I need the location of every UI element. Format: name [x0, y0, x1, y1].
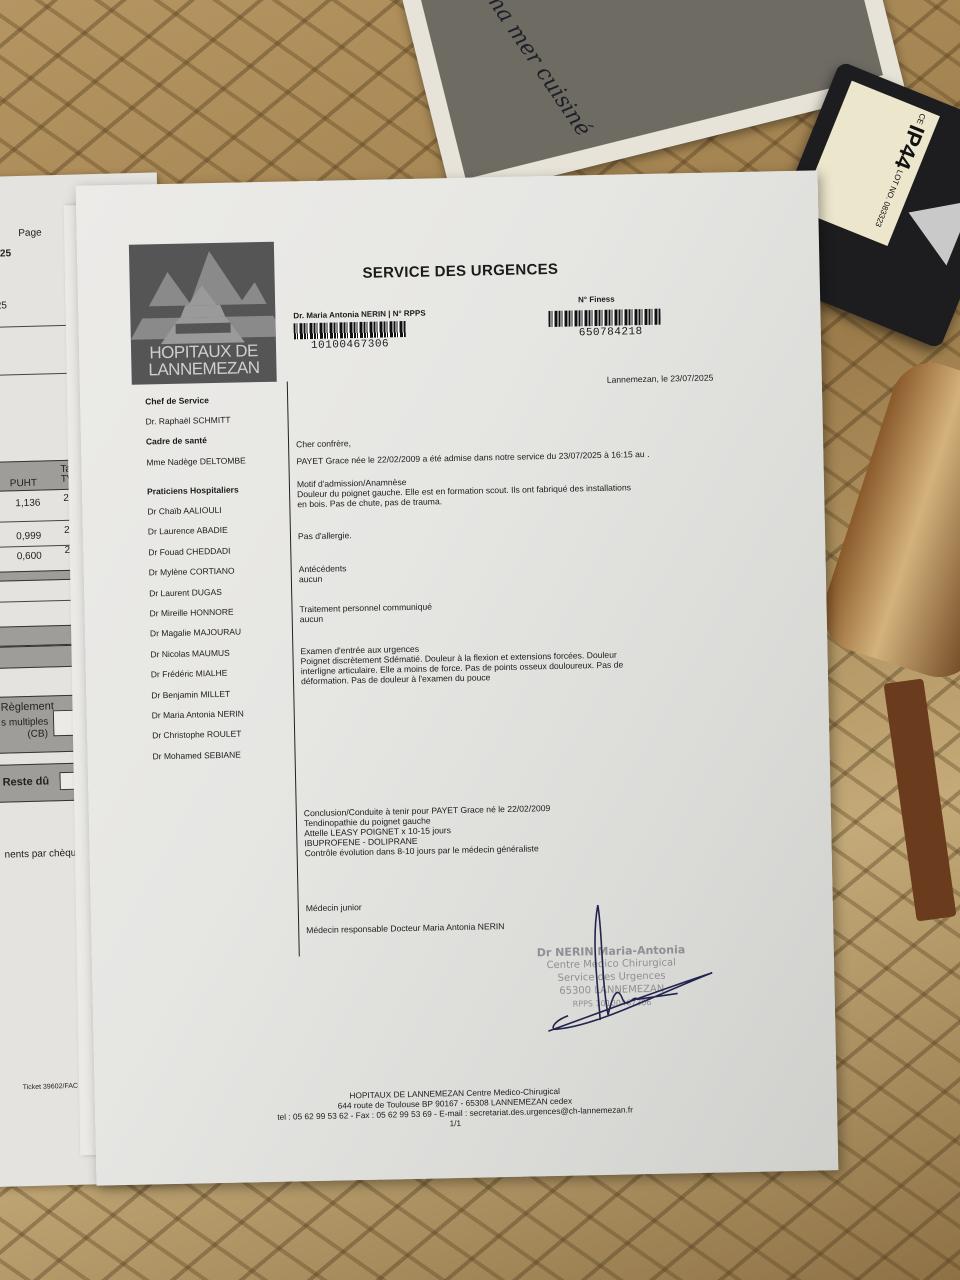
- praticien-item: Dr Mylène CORTIANO: [149, 566, 235, 578]
- column-puht: PUHT: [10, 478, 38, 490]
- praticiens-label: Praticiens Hospitaliers: [147, 485, 239, 497]
- cadre-label: Cadre de santé: [146, 435, 207, 446]
- ticket-number: Ticket 39602/FAC: [23, 1083, 79, 1091]
- signature-icon: [536, 897, 729, 1041]
- logo-line-2: LANNEMEZAN: [131, 359, 276, 379]
- leather-strap: [883, 678, 956, 921]
- lot-number: LOT NO. 083323: [873, 168, 904, 228]
- page-title: SERVICE DES URGENCES: [362, 261, 558, 282]
- greeting: Cher confrère,: [296, 431, 716, 450]
- praticien-item: Dr Laurence ABADIE: [148, 525, 228, 537]
- invoice-page-label: Page: [18, 227, 42, 239]
- cadre-name: Mme Nadège DELTOMBE: [146, 455, 246, 467]
- traitement-section: Traitement personnel communiqué aucun: [299, 595, 719, 624]
- praticien-item: Dr Christophe ROULET: [152, 729, 241, 741]
- notebook-handwriting: ma mer cuisiné: [479, 0, 596, 141]
- praticien-item: Dr Magalie MAJOURAU: [150, 627, 241, 639]
- ip-rating: IP44: [890, 121, 930, 172]
- row-1-puht: 1,136: [15, 498, 40, 510]
- reste-du-label: Reste dû: [3, 775, 50, 788]
- conclusion-section: Conclusion/Conduite à tenir pour PAYET G…: [304, 799, 725, 858]
- antecedents-section: Antécédents aucun: [299, 555, 719, 584]
- letter-date: Lannemezan, le 23/07/2025: [607, 373, 714, 385]
- finess-barcode: [548, 309, 660, 327]
- admission-text: PAYET Grace née le 22/02/2009 a été admi…: [296, 447, 756, 467]
- rpps-number: 10100467306: [311, 338, 389, 352]
- row-3-puht: 0,600: [17, 551, 42, 563]
- praticien-item: Dr Laurent DUGAS: [149, 586, 222, 598]
- finess-number: 650784218: [579, 326, 643, 339]
- hospital-logo: HOPITAUX DE LANNEMEZAN: [129, 242, 277, 385]
- invoice-date-1: 2025: [0, 248, 11, 260]
- praticien-item: Dr Mohamed SEBIANE: [152, 749, 241, 761]
- sidebar-divider: [287, 381, 300, 956]
- rpps-barcode: [294, 321, 406, 339]
- praticien-item: Dr Chaïb AALIOULI: [147, 505, 221, 517]
- multiples-label: s multiples: [1, 716, 49, 728]
- praticien-item: Dr Benjamin MILLET: [151, 688, 230, 700]
- praticien-item: Dr Maria Antonia NERIN: [152, 708, 244, 720]
- examen-section: Examen d'entrée aux urgences Poignet dis…: [300, 637, 721, 686]
- motif-section: Motif d'admission/Anamnèse Douleur du po…: [297, 471, 718, 510]
- praticien-item: Dr Mireille HONNORE: [149, 607, 233, 619]
- horn-cup: [813, 353, 960, 688]
- rpps-label: Dr. Maria Antonia NERIN | N° RPPS: [293, 309, 425, 321]
- chef-name: Dr. Raphaël SCHMITT: [145, 415, 230, 427]
- row-2-puht: 0,999: [16, 531, 41, 543]
- chef-label: Chef de Service: [145, 395, 209, 406]
- praticien-item: Dr Frédéric MIALHE: [151, 668, 228, 680]
- ce-mark: CE: [915, 112, 928, 126]
- allergie-text: Pas d'allergie.: [298, 523, 718, 542]
- emergency-letter: HOPITAUX DE LANNEMEZAN SERVICE DES URGEN…: [76, 170, 839, 1185]
- finess-label: N° Finess: [578, 295, 615, 305]
- invoice-date-3: 025: [0, 300, 7, 311]
- cb-label: (CB): [27, 728, 48, 740]
- praticien-item: Dr Nicolas MAUMUS: [150, 648, 230, 660]
- praticien-item: Dr Fouad CHEDDADI: [148, 546, 230, 558]
- reglement-label: Règlement: [1, 700, 54, 713]
- letter-footer: HOPITAUX DE LANNEMEZAN Centre Medico-Chi…: [205, 1083, 706, 1133]
